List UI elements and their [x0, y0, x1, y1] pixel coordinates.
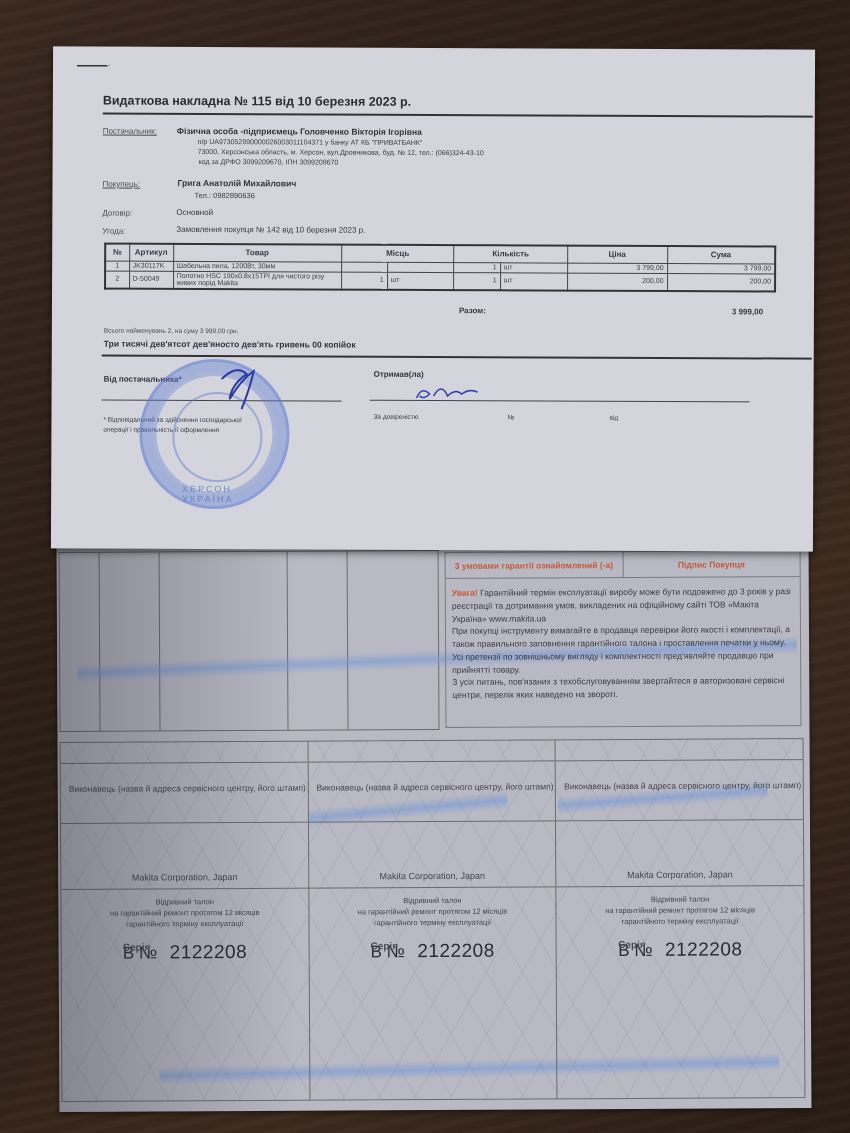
buyer-signature-label: Підпис Покупця	[622, 551, 800, 577]
table-cell: 200,00	[567, 273, 667, 291]
divider	[309, 886, 556, 888]
warranty-info-header: 3 умовами гарантії ознайомлений (-а) Під…	[446, 551, 800, 579]
column-header: Артикул	[129, 244, 173, 261]
contract-value: Основной	[176, 208, 213, 217]
divider	[557, 885, 804, 887]
tear-off-coupon: Виконавець (назва й адреса сервісного це…	[308, 740, 558, 1099]
table-cell: 2	[105, 271, 129, 289]
warranty-paragraph: При покупці інструменту вимагайте в прод…	[452, 623, 794, 650]
receiver-signature	[412, 378, 492, 408]
table-cell: Полотно HSC 190х0.8х15TPI для чистого рі…	[173, 271, 341, 289]
warranty-card: 3 умовами гарантії ознайомлений (-а) Під…	[57, 538, 812, 1112]
divider	[308, 760, 555, 762]
table-cell	[341, 262, 387, 272]
divider	[103, 113, 813, 118]
supplier-account: п/р UA973052990000026003011104371 у банк…	[198, 139, 423, 147]
table-cell: шт	[500, 272, 567, 290]
divider	[309, 820, 556, 822]
column-header: Кількість	[454, 245, 567, 262]
column-header: Місць	[341, 245, 454, 262]
total-summary: Всього найменувань 2, на суму 3 999,00 г…	[104, 328, 239, 336]
warning-label: Увага!	[452, 588, 478, 598]
buyer-name: Грига Анатолій Михайлович	[177, 178, 296, 189]
acknowledgement-label: 3 умовами гарантії ознайомлений (-а)	[446, 552, 623, 578]
page-title: Видаткова накладна № 115 від 10 березня …	[103, 94, 411, 109]
table-row: 2D-50049Полотно HSC 190х0.8х15TPI для чи…	[105, 271, 775, 291]
table-cell: 200,00	[667, 273, 775, 291]
table-cell: 1	[105, 261, 129, 271]
tear-off-description: Відривний талон на гарантійний ремонт пр…	[557, 894, 804, 928]
warranty-info-box: 3 умовами гарантії ознайомлений (-а) Під…	[445, 550, 802, 728]
table-cell: 3 799,00	[567, 263, 667, 273]
table-cell	[387, 262, 454, 272]
serial-value: 2122208	[665, 939, 743, 960]
executor-label: Виконавець (назва й адреса сервісного це…	[564, 779, 801, 793]
table-cell: 1	[341, 272, 387, 290]
total-in-words: Три тисячі дев'ятсот дев'яносто дев'ять …	[104, 339, 356, 350]
serial-label: Серія	[618, 940, 646, 951]
divider	[556, 819, 803, 821]
tear-off-description: Відривний талон на гарантійний ремонт пр…	[309, 895, 556, 929]
power-of-attorney-label: За довіреністю	[373, 414, 418, 421]
table-cell: шт	[387, 272, 454, 290]
number-label: №	[507, 414, 514, 421]
table-cell: шт	[500, 262, 567, 272]
serial-label: Серія	[370, 941, 398, 952]
supplier-address: 73000, Херсонська область, м. Херсон, ву…	[198, 149, 484, 157]
column-header: Сума	[667, 246, 775, 263]
buyer-phone: Тел.: 0982890636	[194, 191, 254, 200]
supplier-codes: код за ДРФО 3099209670, ІПН 3099209670	[199, 159, 339, 167]
executor-label: Виконавець (назва й адреса сервісного це…	[316, 780, 553, 794]
column-header: Товар	[173, 244, 341, 262]
total-label: Разом:	[459, 306, 486, 315]
warranty-paragraph: З усіх питань, пов'язаних з техобслугову…	[452, 674, 794, 701]
warranty-paragraph: Увага! Гарантійний термін експлуатації в…	[452, 585, 794, 625]
deal-value: Замовлення покупця № 142 від 10 березня …	[176, 225, 365, 235]
header-mark: ▬▬▬▬▬▬.▫	[77, 62, 110, 68]
invoice-sheet: ▬▬▬▬▬▬.▫ Видаткова накладна № 115 від 10…	[51, 46, 815, 551]
table-cell: 1	[454, 262, 500, 272]
serial-value: 2122208	[417, 941, 495, 962]
total-value: 3 999,00	[732, 307, 763, 316]
warranty-info-text: Увага! Гарантійний термін експлуатації в…	[446, 577, 801, 710]
warranty-paragraph: Усі претензії по зовнішньому вигляду і к…	[452, 649, 794, 676]
buyer-label: Покупець:	[102, 180, 140, 189]
table-cell: D-50049	[129, 271, 173, 289]
date-label: від	[609, 415, 618, 422]
supplier-signature	[211, 359, 271, 419]
table-cell: JK30117K	[129, 261, 173, 271]
serial-number: Серія В № 2122208	[309, 940, 556, 963]
column-header: №	[105, 244, 129, 261]
tear-off-coupon: Виконавець (назва й адреса сервісного це…	[556, 739, 805, 1098]
stamp-text: ХЕРСОН УКРАЇНА	[182, 484, 286, 504]
table-cell: 1	[454, 272, 500, 290]
shadow-overlay	[57, 541, 300, 1112]
table-cell: 3 799,00	[667, 263, 775, 273]
manufacturer-label: Makita Corporation, Japan	[309, 870, 556, 881]
contract-label: Договір:	[102, 209, 132, 218]
items-table: № Артикул Товар Місць Кількість Ціна Сум…	[104, 243, 776, 292]
manufacturer-label: Makita Corporation, Japan	[557, 869, 804, 880]
deal-label: Угода:	[102, 227, 125, 236]
serial-number: Серія В № 2122208	[557, 939, 804, 962]
column-header: Ціна	[567, 246, 667, 263]
supplier-name: Фізична особа -підприємець Головченко Ві…	[177, 126, 422, 137]
divider	[556, 759, 803, 761]
supplier-label: Постачальник:	[103, 127, 157, 136]
